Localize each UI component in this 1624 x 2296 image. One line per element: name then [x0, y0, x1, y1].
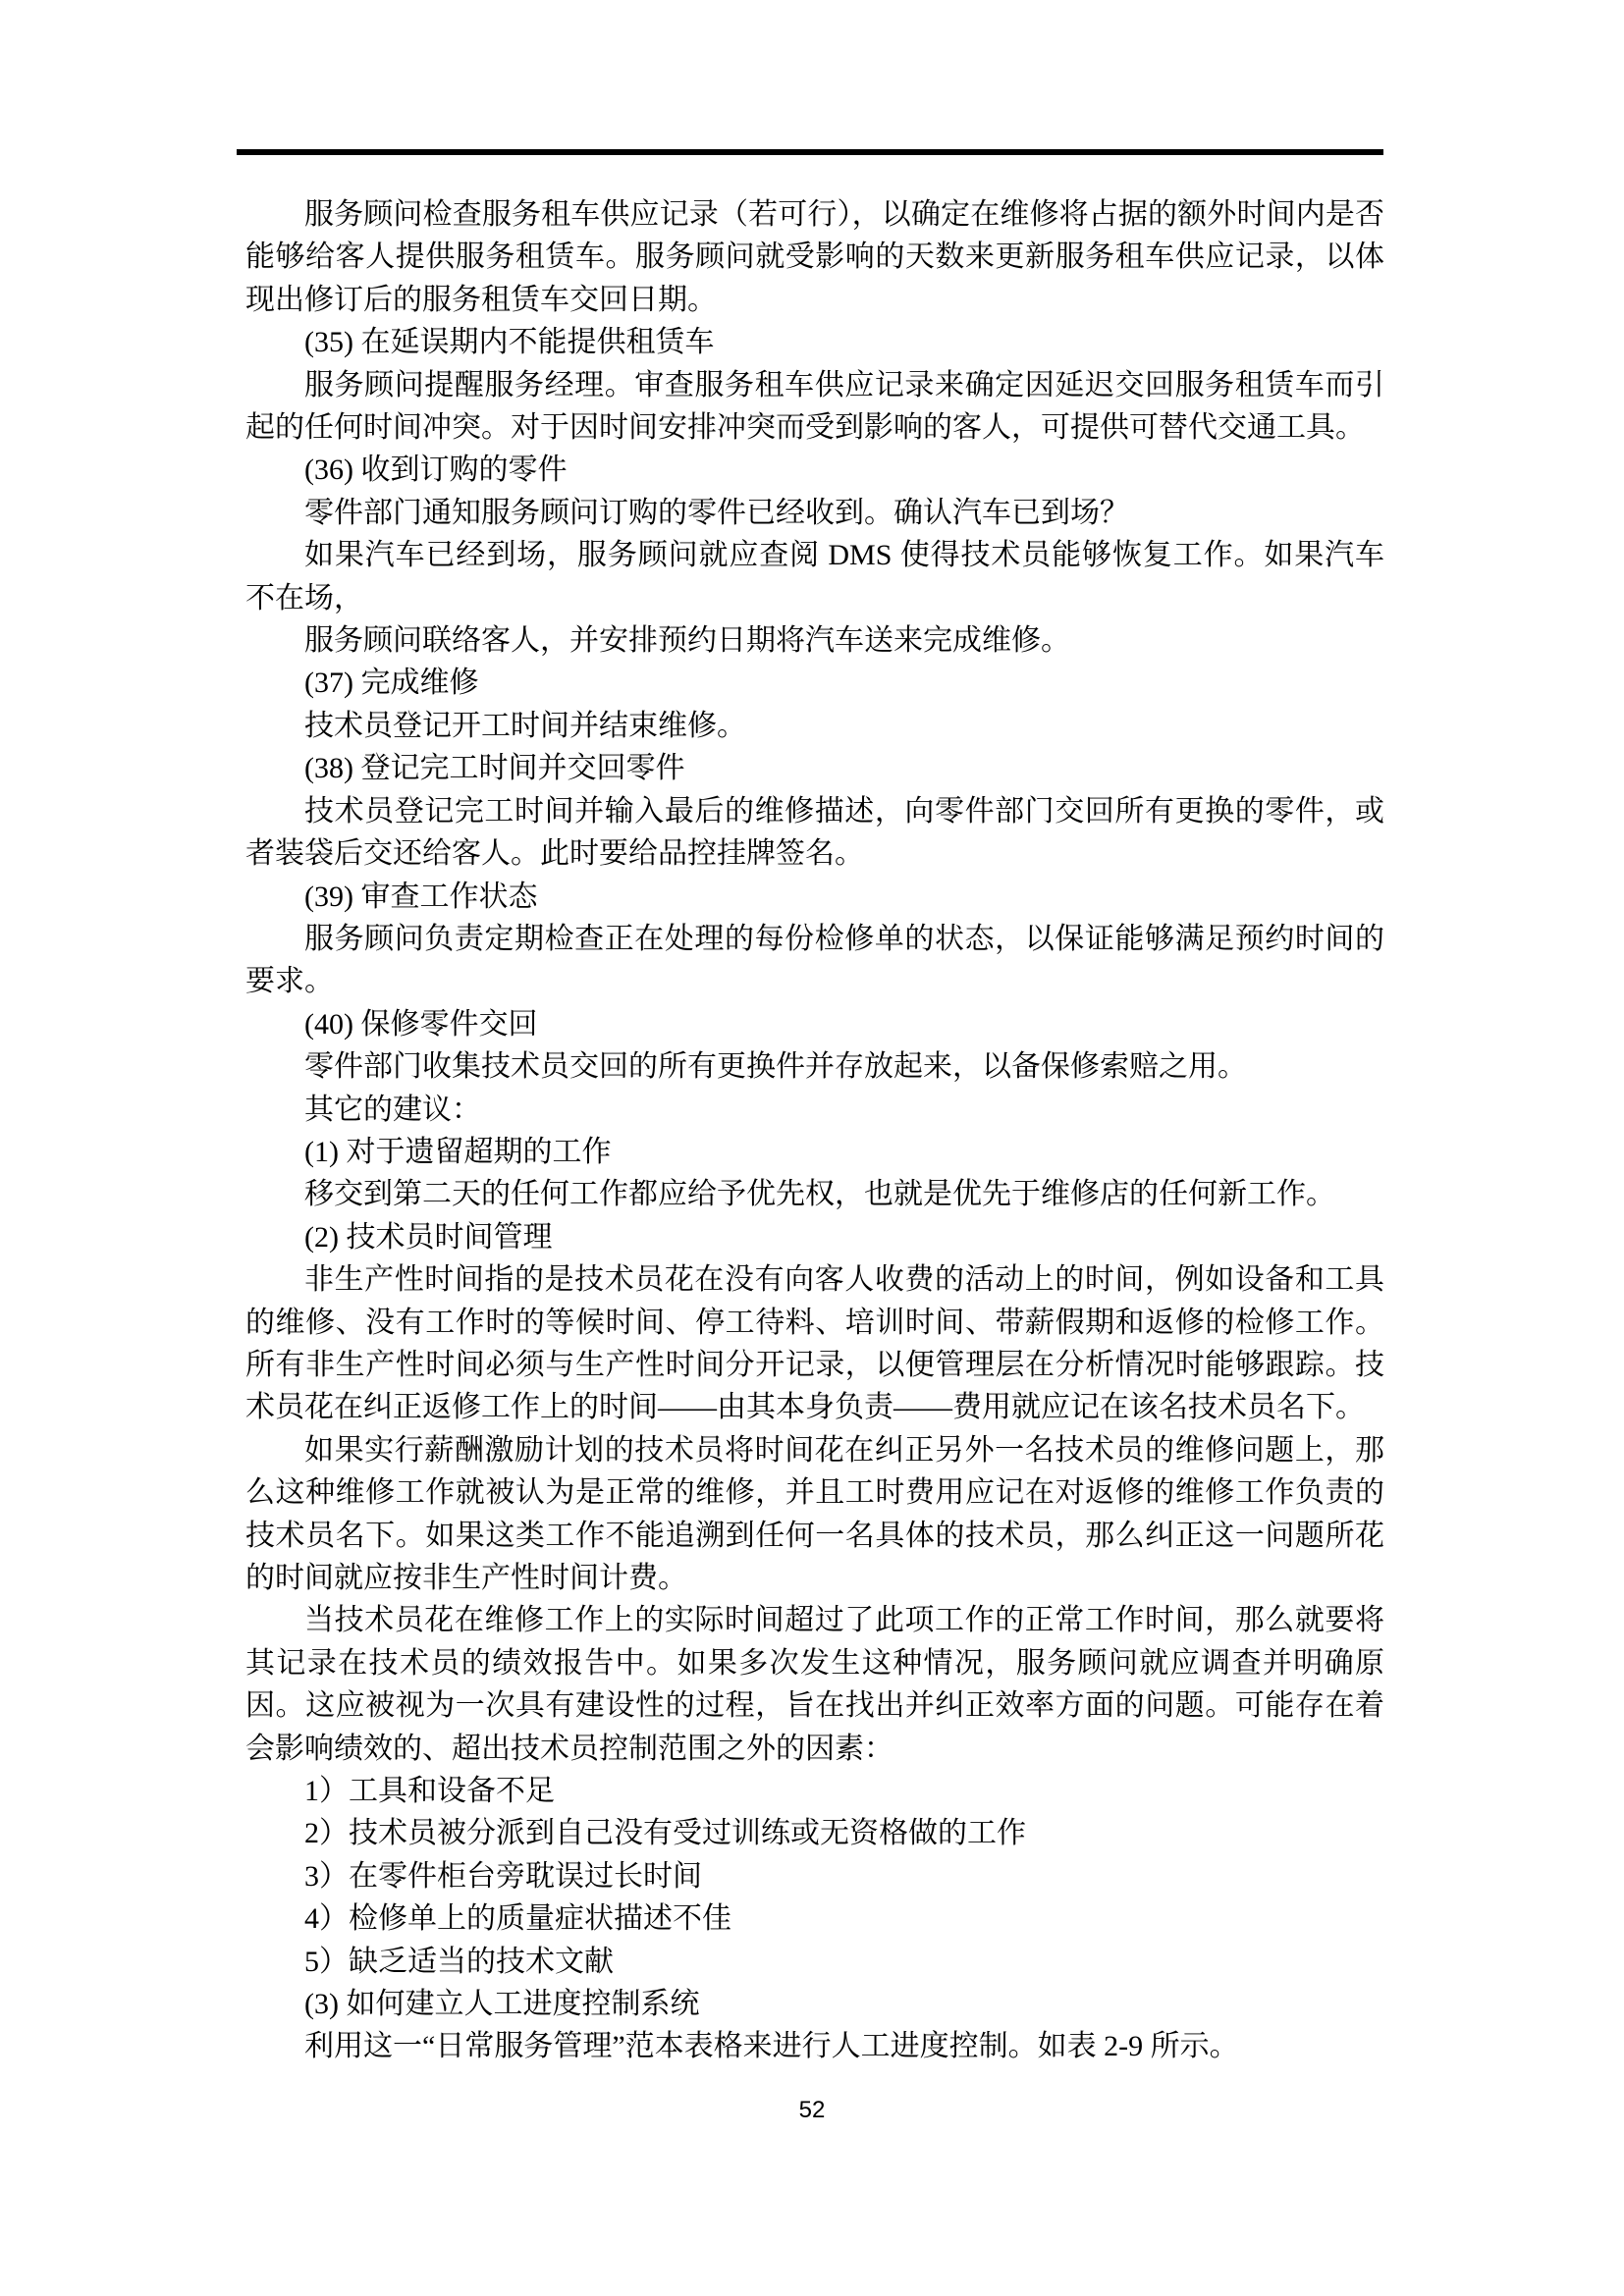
- paragraph: (2) 技术员时间管理: [245, 1216, 1384, 1258]
- paragraph: (40) 保修零件交回: [245, 1003, 1384, 1045]
- paragraph: (3) 如何建立人工进度控制系统: [245, 1983, 1384, 2025]
- paragraph: 4）检修单上的质量症状描述不佳: [245, 1897, 1384, 1940]
- paragraph: 移交到第二天的任何工作都应给予优先权，也就是优先于维修店的任何新工作。: [245, 1173, 1384, 1215]
- paragraph: 利用这一“日常服务管理”范本表格来进行人工进度控制。如表 2-9 所示。: [245, 2025, 1384, 2067]
- document-page: 服务顾问检查服务租车供应记录（若可行），以确定在维修将占据的额外时间内是否能够给…: [0, 0, 1624, 2296]
- paragraph: 非生产性时间指的是技术员花在没有向客人收费的活动上的时间，例如设备和工具的维修、…: [245, 1258, 1384, 1429]
- paragraph: 零件部门通知服务顾问订购的零件已经收到。确认汽车已到场？: [245, 492, 1384, 534]
- paragraph: 如果实行薪酬激励计划的技术员将时间花在纠正另外一名技术员的维修问题上，那么这种维…: [245, 1429, 1384, 1600]
- paragraph: (37) 完成维修: [245, 662, 1384, 704]
- paragraph: 其它的建议：: [245, 1089, 1384, 1131]
- paragraph: 1）工具和设备不足: [245, 1770, 1384, 1812]
- paragraph: (38) 登记完工时间并交回零件: [245, 747, 1384, 789]
- paragraph: 服务顾问提醒服务经理。审查服务租车供应记录来确定因延迟交回服务租赁车而引起的任何…: [245, 364, 1384, 450]
- paragraph: (35) 在延误期内不能提供租赁车: [245, 321, 1384, 363]
- paragraph: 3）在零件柜台旁耽误过长时间: [245, 1855, 1384, 1897]
- paragraph: (36) 收到订购的零件: [245, 449, 1384, 491]
- paragraph: 技术员登记完工时间并输入最后的维修描述，向零件部门交回所有更换的零件，或者装袋后…: [245, 790, 1384, 876]
- paragraph: 服务顾问联络客人，并安排预约日期将汽车送来完成维修。: [245, 619, 1384, 662]
- document-body: 服务顾问检查服务租车供应记录（若可行），以确定在维修将占据的额外时间内是否能够给…: [245, 193, 1384, 2068]
- paragraph: 服务顾问检查服务租车供应记录（若可行），以确定在维修将占据的额外时间内是否能够给…: [245, 193, 1384, 321]
- paragraph: 如果汽车已经到场，服务顾问就应查阅 DMS 使得技术员能够恢复工作。如果汽车不在…: [245, 534, 1384, 619]
- paragraph: 2）技术员被分派到自己没有受过训练或无资格做的工作: [245, 1812, 1384, 1854]
- page-number: 52: [0, 2097, 1624, 2124]
- paragraph: (39) 审查工作状态: [245, 876, 1384, 918]
- header-rule: [237, 149, 1383, 155]
- paragraph: 技术员登记开工时间并结束维修。: [245, 705, 1384, 747]
- paragraph: 5）缺乏适当的技术文献: [245, 1941, 1384, 1983]
- paragraph: 服务顾问负责定期检查正在处理的每份检修单的状态，以保证能够满足预约时间的要求。: [245, 918, 1384, 1003]
- paragraph: (1) 对于遗留超期的工作: [245, 1131, 1384, 1173]
- paragraph: 零件部门收集技术员交回的所有更换件并存放起来，以备保修索赔之用。: [245, 1045, 1384, 1088]
- paragraph: 当技术员花在维修工作上的实际时间超过了此项工作的正常工作时间，那么就要将其记录在…: [245, 1599, 1384, 1770]
